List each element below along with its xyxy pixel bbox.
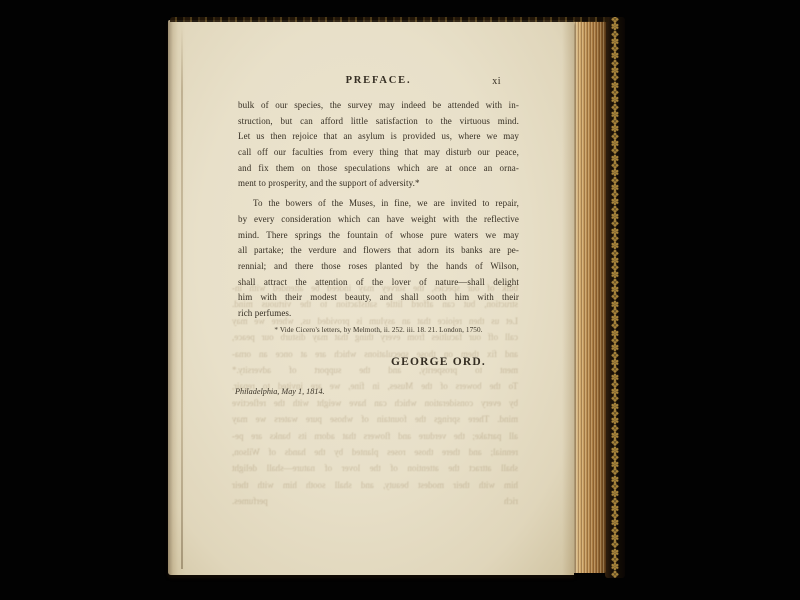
signature: GEORGE ORD. xyxy=(238,356,519,368)
page-header: PREFACE. xi xyxy=(238,75,519,88)
ghost-line: mind. There springs the fountain of whos… xyxy=(232,411,518,427)
fore-edge-pages xyxy=(573,21,606,573)
body-line: mind. There springs the fountain of whos… xyxy=(238,228,519,244)
body-line: and fix them on those speculations which… xyxy=(238,161,519,177)
paragraph: To the bowers of the Muses, in fine, we … xyxy=(238,196,519,322)
body-line: by every consideration which can have we… xyxy=(238,212,519,228)
ghost-line: all partake; the verdure and flowers tha… xyxy=(232,428,518,444)
body-line: shall attract the attention of the lover… xyxy=(238,275,519,291)
book: ❖ ✽ ❖ ✽ ❖ ✽ ❖ ✽ ❖ ✽ ❖ ✽ ❖ ✽ ❖ ✽ ❖ ✽ ❖ ✽ … xyxy=(168,17,625,578)
ghost-line: rich perfumes. xyxy=(232,493,518,509)
body-line: ment to prosperity, and the support of a… xyxy=(238,176,519,192)
body-line: call off our faculties from every thing … xyxy=(238,145,519,161)
paragraph: bulk of our species, the survey may inde… xyxy=(238,98,519,192)
body-line: struction, but can afford little satisfa… xyxy=(238,114,519,130)
body-text: bulk of our species, the survey may inde… xyxy=(238,98,519,322)
book-page: bulk of our species, the survey may inde… xyxy=(168,20,574,575)
book-top-gilt-edge xyxy=(170,17,608,22)
page-right-shading xyxy=(562,20,574,575)
body-line: To the bowers of the Muses, in fine, we … xyxy=(238,196,519,212)
body-line: rennial; and there those roses planted b… xyxy=(238,259,519,275)
ghost-line: him with their modest beauty, and shall … xyxy=(232,477,518,493)
text-block: PREFACE. xi bulk of our species, the sur… xyxy=(238,75,519,396)
body-line: Let us then rejoice that an asylum is pr… xyxy=(238,129,519,145)
gilt-ornament-band-icon: ❖ ✽ ❖ ✽ ❖ ✽ ❖ ✽ ❖ ✽ ❖ ✽ ❖ ✽ ❖ ✽ ❖ ✽ ❖ ✽ … xyxy=(605,17,625,578)
body-line: bulk of our species, the survey may inde… xyxy=(238,98,519,114)
dateline: Philadelphia, May 1, 1814. xyxy=(235,387,519,396)
body-line: all partake; the verdure and flowers tha… xyxy=(238,243,519,259)
folio-number: xi xyxy=(492,76,501,87)
body-line: him with their modest beauty, and shall … xyxy=(238,290,519,306)
photo-background: ❖ ✽ ❖ ✽ ❖ ✽ ❖ ✽ ❖ ✽ ❖ ✽ ❖ ✽ ❖ ✽ ❖ ✽ ❖ ✽ … xyxy=(0,0,800,600)
ghost-line: shall attract the attention of the lover… xyxy=(232,460,518,476)
ghost-line: by every consideration which can have we… xyxy=(232,395,518,411)
footnote: * Vide Cicero's letters, by Melmoth, ii.… xyxy=(238,326,519,334)
page-title: PREFACE. xyxy=(238,75,519,86)
ghost-line: rennial; and there those roses planted b… xyxy=(232,444,518,460)
body-line: rich perfumes. xyxy=(238,306,519,322)
